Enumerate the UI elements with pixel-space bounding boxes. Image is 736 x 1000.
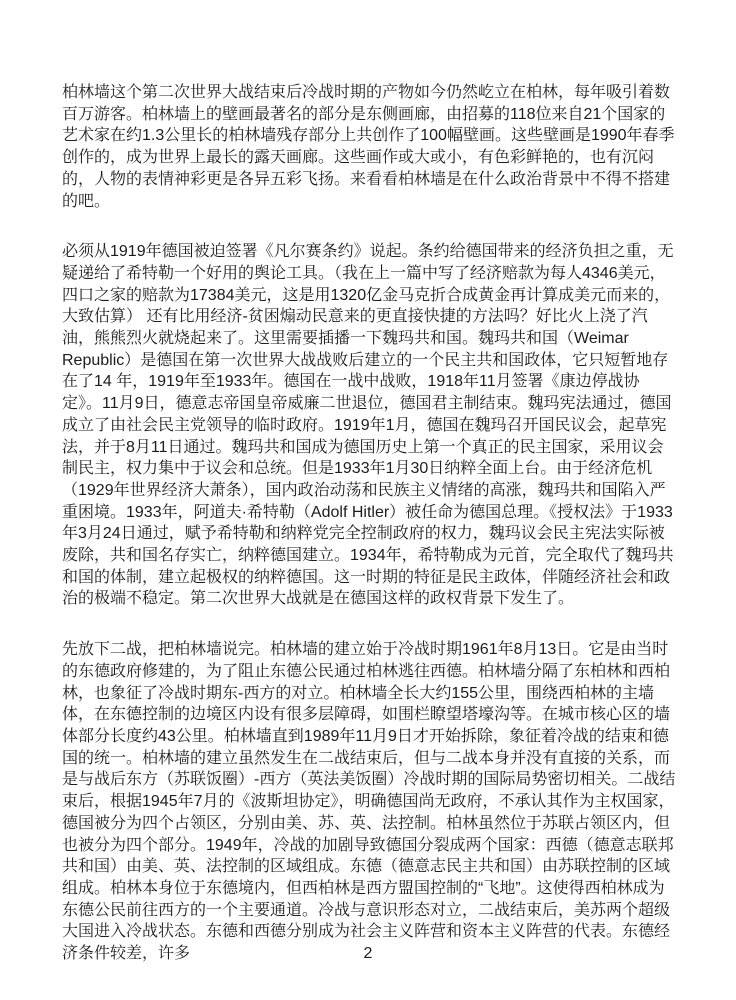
article-body: 柏林墙这个第二次世界大战结束后冷战时期的产物如今仍然屹立在柏林，每年吸引着数百万… — [62, 82, 676, 994]
paragraph-berlin-wall-intro: 柏林墙这个第二次世界大战结束后冷战时期的产物如今仍然屹立在柏林，每年吸引着数百万… — [62, 82, 676, 212]
document-page: 柏林墙这个第二次世界大战结束后冷战时期的产物如今仍然屹立在柏林，每年吸引着数百万… — [0, 0, 736, 1000]
paragraph-berlin-wall-cold-war: 先放下二战，把柏林墙说完。柏林墙的建立始于冷战时期1961年8月13日。它是由当… — [62, 639, 676, 965]
paragraph-weimar-republic-history: 必须从1919年德国被迫签署《凡尔赛条约》说起。条约给德国带来的经济负担之重，无… — [62, 241, 676, 610]
page-number: 2 — [0, 944, 736, 964]
